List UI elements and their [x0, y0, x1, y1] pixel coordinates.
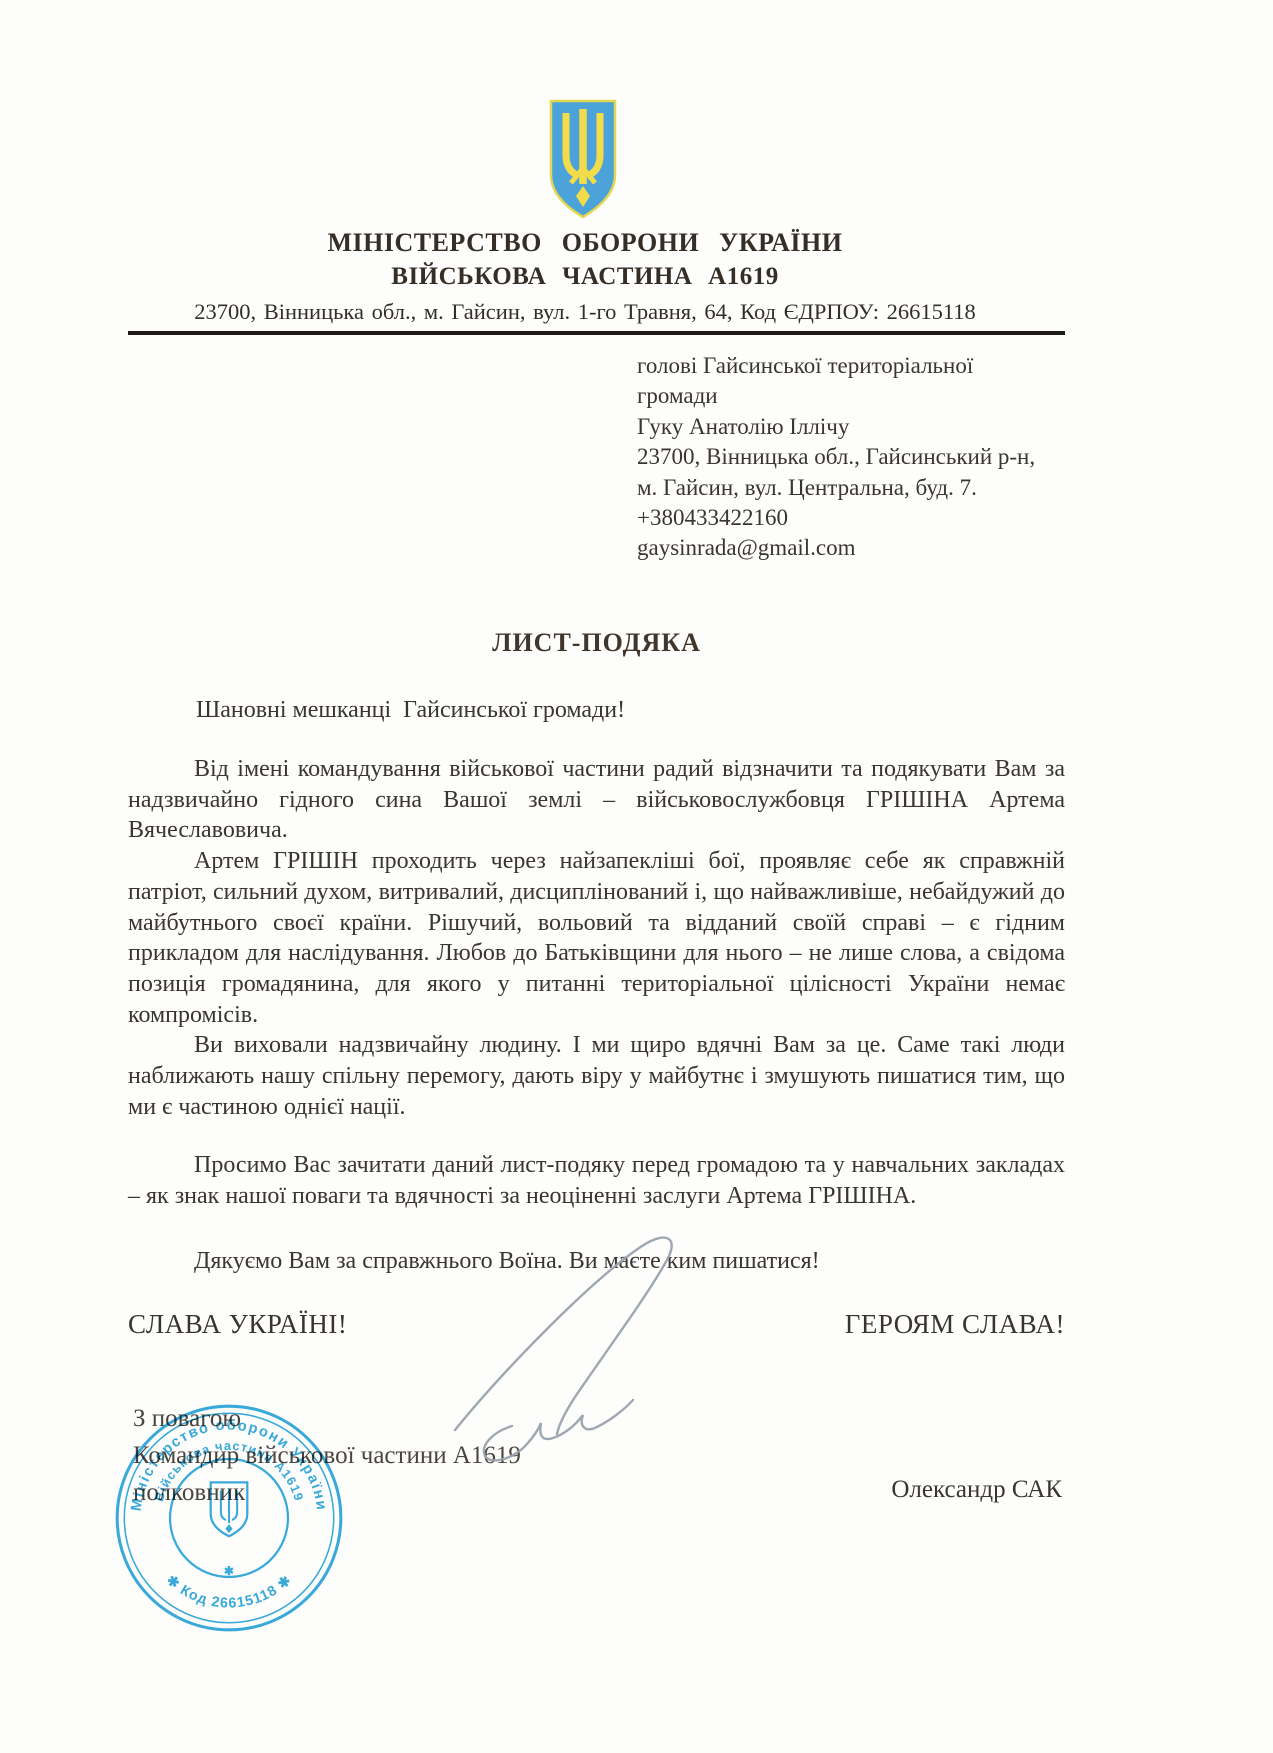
stamp-code-text: ✱ Код 26615118 ✱ — [163, 1572, 295, 1611]
paragraph: Ви виховали надзвичайну людину. І ми щир… — [128, 1030, 1065, 1122]
letter-greeting: Шановні мешканці Гайсинської громади! — [196, 697, 625, 724]
stamp-trident-shield-icon — [211, 1482, 248, 1536]
letter-title: ЛИСТ-ПОДЯКА — [128, 628, 1065, 658]
letter-body: Від імені командування військової частин… — [128, 754, 1065, 1277]
recipient-email: gaysinrada@gmail.com — [637, 533, 1035, 563]
recipient-line: Гуку Анатолію Іллічу — [637, 412, 1035, 442]
paragraph: Від імені командування військової частин… — [128, 754, 1065, 846]
stamp-asterisk: ✱ — [224, 1564, 234, 1578]
recipient-block: голові Гайсинської територіальної громад… — [637, 351, 1035, 564]
recipient-line: 23700, Вінницька обл., Гайсинський р-н, — [637, 442, 1035, 472]
signer-name: Олександр САК — [891, 1476, 1062, 1504]
recipient-phone: +380433422160 — [637, 503, 1035, 533]
scanned-letter-page: МІНІСТЕРСТВО ОБОРОНИ УКРАЇНИ ВІЙСЬКОВА Ч… — [0, 0, 1273, 1753]
header-divider-rule — [128, 331, 1065, 335]
recipient-line: м. Гайсин, вул. Центральна, буд. 7. — [637, 473, 1035, 503]
official-round-stamp: Міністерство оборони України Військова ч… — [107, 1396, 351, 1640]
slogan-slava-ukraini: СЛАВА УКРАЇНІ! — [128, 1309, 347, 1340]
unit-address-line: 23700, Вінницька обл., м. Гайсин, вул. 1… — [40, 299, 1130, 325]
ministry-name: МІНІСТЕРСТВО ОБОРОНИ УКРАЇНИ — [40, 228, 1130, 258]
slogan-heroiam-slava: ГЕРОЯМ СЛАВА! — [845, 1309, 1065, 1340]
recipient-line: голові Гайсинської територіальної — [637, 351, 1035, 381]
paragraph: Артем ГРІШІН проходить через найзапекліш… — [128, 846, 1065, 1030]
recipient-line: громади — [637, 381, 1035, 411]
handwritten-signature — [425, 1228, 725, 1466]
paragraph: Просимо Вас зачитати даний лист-подяку п… — [128, 1150, 1065, 1211]
svg-text:✱ Код 26615118 ✱: ✱ Код 26615118 ✱ — [163, 1572, 295, 1611]
military-unit-name: ВІЙСЬКОВА ЧАСТИНА А1619 — [40, 263, 1130, 291]
ukraine-trident-emblem-icon — [545, 98, 621, 222]
